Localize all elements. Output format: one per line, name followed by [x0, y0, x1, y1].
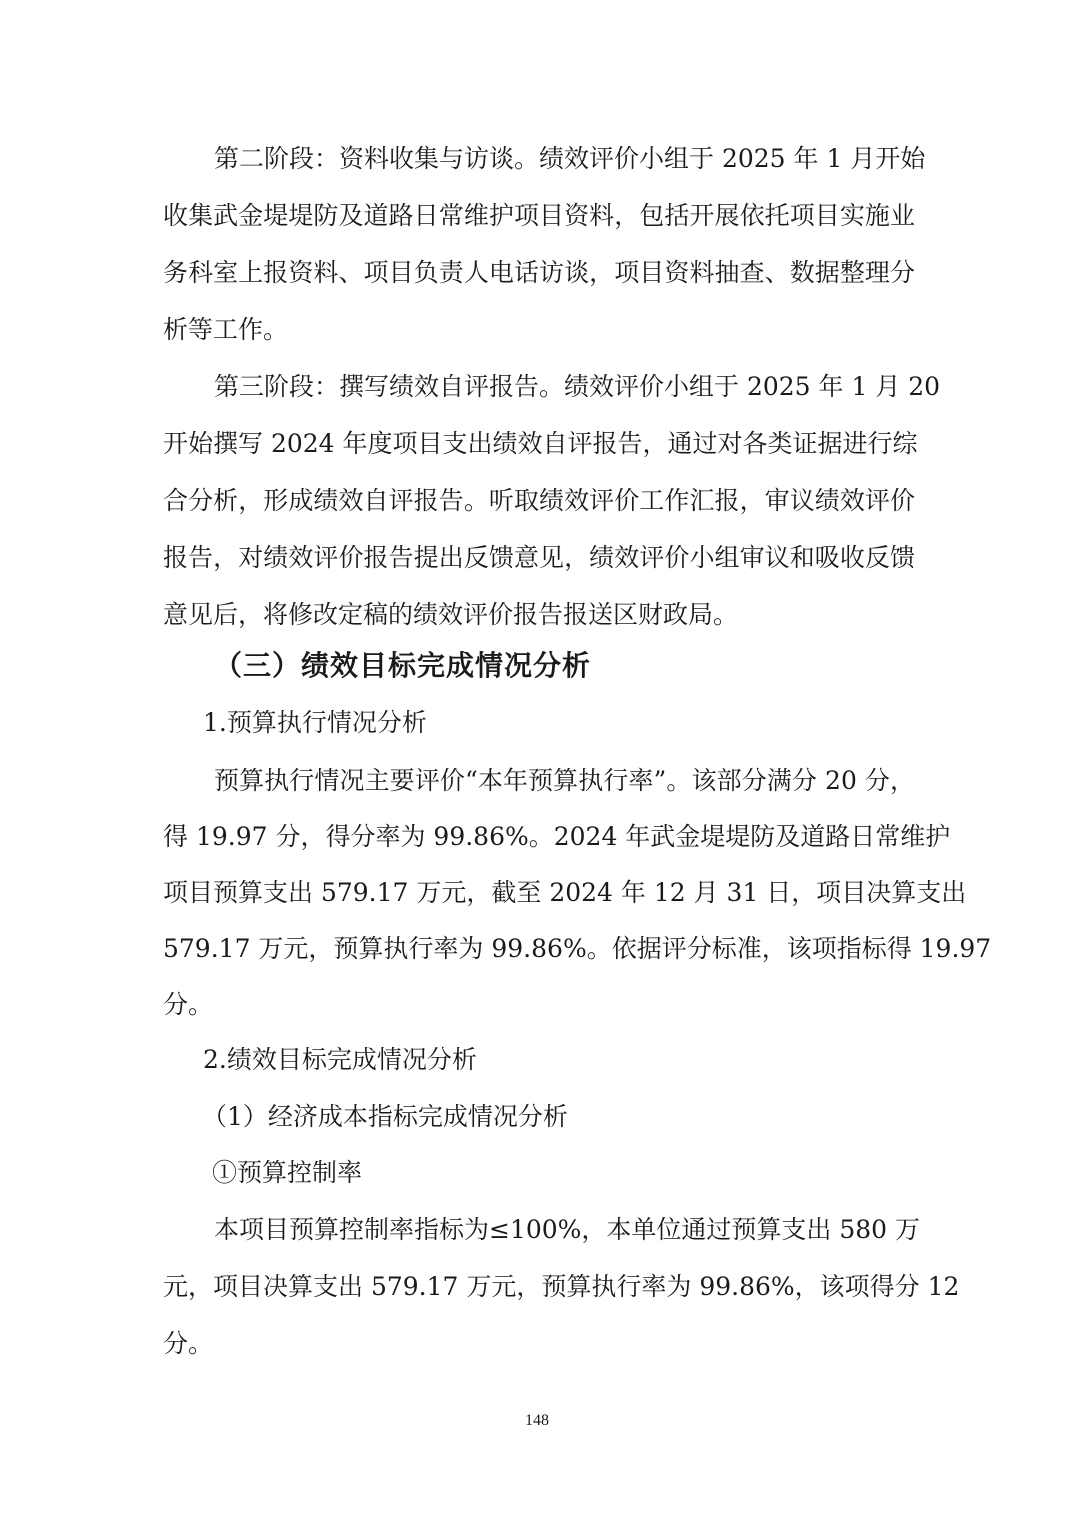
- item-budget-control-rate: ①预算控制率: [212, 1156, 362, 1190]
- text-line: 意见后，将修改定稿的绩效评价报告报送区财政局。: [163, 598, 915, 632]
- text-line: 579.17 万元，预算执行率为 99.86%。依据评分标准，该项指标得 19.…: [163, 932, 915, 966]
- text-line: 元，项目决算支出 579.17 万元，预算执行率为 99.86%，该项得分 12: [163, 1270, 915, 1304]
- text-line: 本项目预算控制率指标为≤100%，本单位通过预算支出 580 万: [214, 1213, 915, 1247]
- text-line: 预算执行情况主要评价“本年预算执行率”。该部分满分 20 分，: [214, 764, 915, 798]
- text-line: 收集武金堤堤防及道路日常维护项目资料，包括开展依托项目实施业: [163, 199, 915, 233]
- text-line: 务科室上报资料、项目负责人电话访谈，项目资料抽查、数据整理分: [163, 256, 915, 290]
- text-line: 报告，对绩效评价报告提出反馈意见，绩效评价小组审议和吸收反馈: [163, 541, 915, 575]
- text-line: 合分析，形成绩效自评报告。听取绩效评价工作汇报，审议绩效评价: [163, 484, 915, 518]
- text-line: 项目预算支出 579.17 万元，截至 2024 年 12 月 31 日，项目决…: [163, 876, 915, 910]
- subheading-performance-goals: 2.绩效目标完成情况分析: [203, 1043, 477, 1077]
- section-heading: （三）绩效目标完成情况分析: [214, 646, 591, 686]
- subheading-budget-execution: 1.预算执行情况分析: [203, 706, 427, 740]
- text-line: 析等工作。: [163, 313, 915, 347]
- page-number: 148: [0, 1411, 1074, 1431]
- text-line: 开始撰写 2024 年度项目支出绩效自评报告，通过对各类证据进行综: [163, 427, 915, 461]
- subheading-economic-cost: （1）经济成本指标完成情况分析: [202, 1100, 568, 1134]
- text-line: 分。: [163, 988, 915, 1022]
- text-line: 第三阶段：撰写绩效自评报告。绩效评价小组于 2025 年 1 月 20: [214, 370, 915, 404]
- text-line: 分。: [163, 1327, 915, 1361]
- text-line: 第二阶段：资料收集与访谈。绩效评价小组于 2025 年 1 月开始: [214, 142, 915, 176]
- text-line: 得 19.97 分，得分率为 99.86%。2024 年武金堤堤防及道路日常维护: [163, 820, 915, 854]
- document-page: 第二阶段：资料收集与访谈。绩效评价小组于 2025 年 1 月开始 收集武金堤堤…: [0, 0, 1074, 1520]
